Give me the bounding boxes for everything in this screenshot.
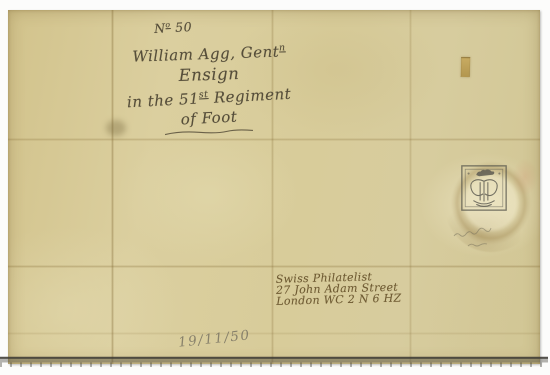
pencil-date: 19/11/50 <box>177 327 251 351</box>
dealer-city: London WC 2 N 6 HZ <box>276 292 416 307</box>
document-number: No 50 <box>118 8 301 41</box>
commission-inscription: No 50 William Agg, Gentn Ensign in the 5… <box>118 13 300 136</box>
dealer-address: Swiss Philatelist 27 John Adam Street Lo… <box>276 270 417 307</box>
faint-red-mark <box>508 152 542 202</box>
cypher-swirls <box>471 180 497 207</box>
vertical-fold-right <box>409 10 412 364</box>
document-paper: No 50 William Agg, Gentn Ensign in the 5… <box>8 10 540 364</box>
scanned-document-photo: No 50 William Agg, Gentn Ensign in the 5… <box>0 0 550 375</box>
lion-crest <box>476 170 494 177</box>
revenue-stamp-icon <box>457 162 511 214</box>
horizontal-fold-lower <box>8 265 540 268</box>
horizontal-fold-bottom <box>8 332 540 335</box>
number-value: 50 <box>170 19 192 35</box>
vertical-fold-left <box>111 10 114 364</box>
pencil-annotation-scribble <box>448 226 528 256</box>
name-superscript: n <box>279 42 286 53</box>
regiment-superscript: st <box>199 89 209 100</box>
horizontal-fold-upper <box>8 138 540 141</box>
paper-repair-tab <box>461 57 471 77</box>
measurement-scale <box>0 356 550 375</box>
